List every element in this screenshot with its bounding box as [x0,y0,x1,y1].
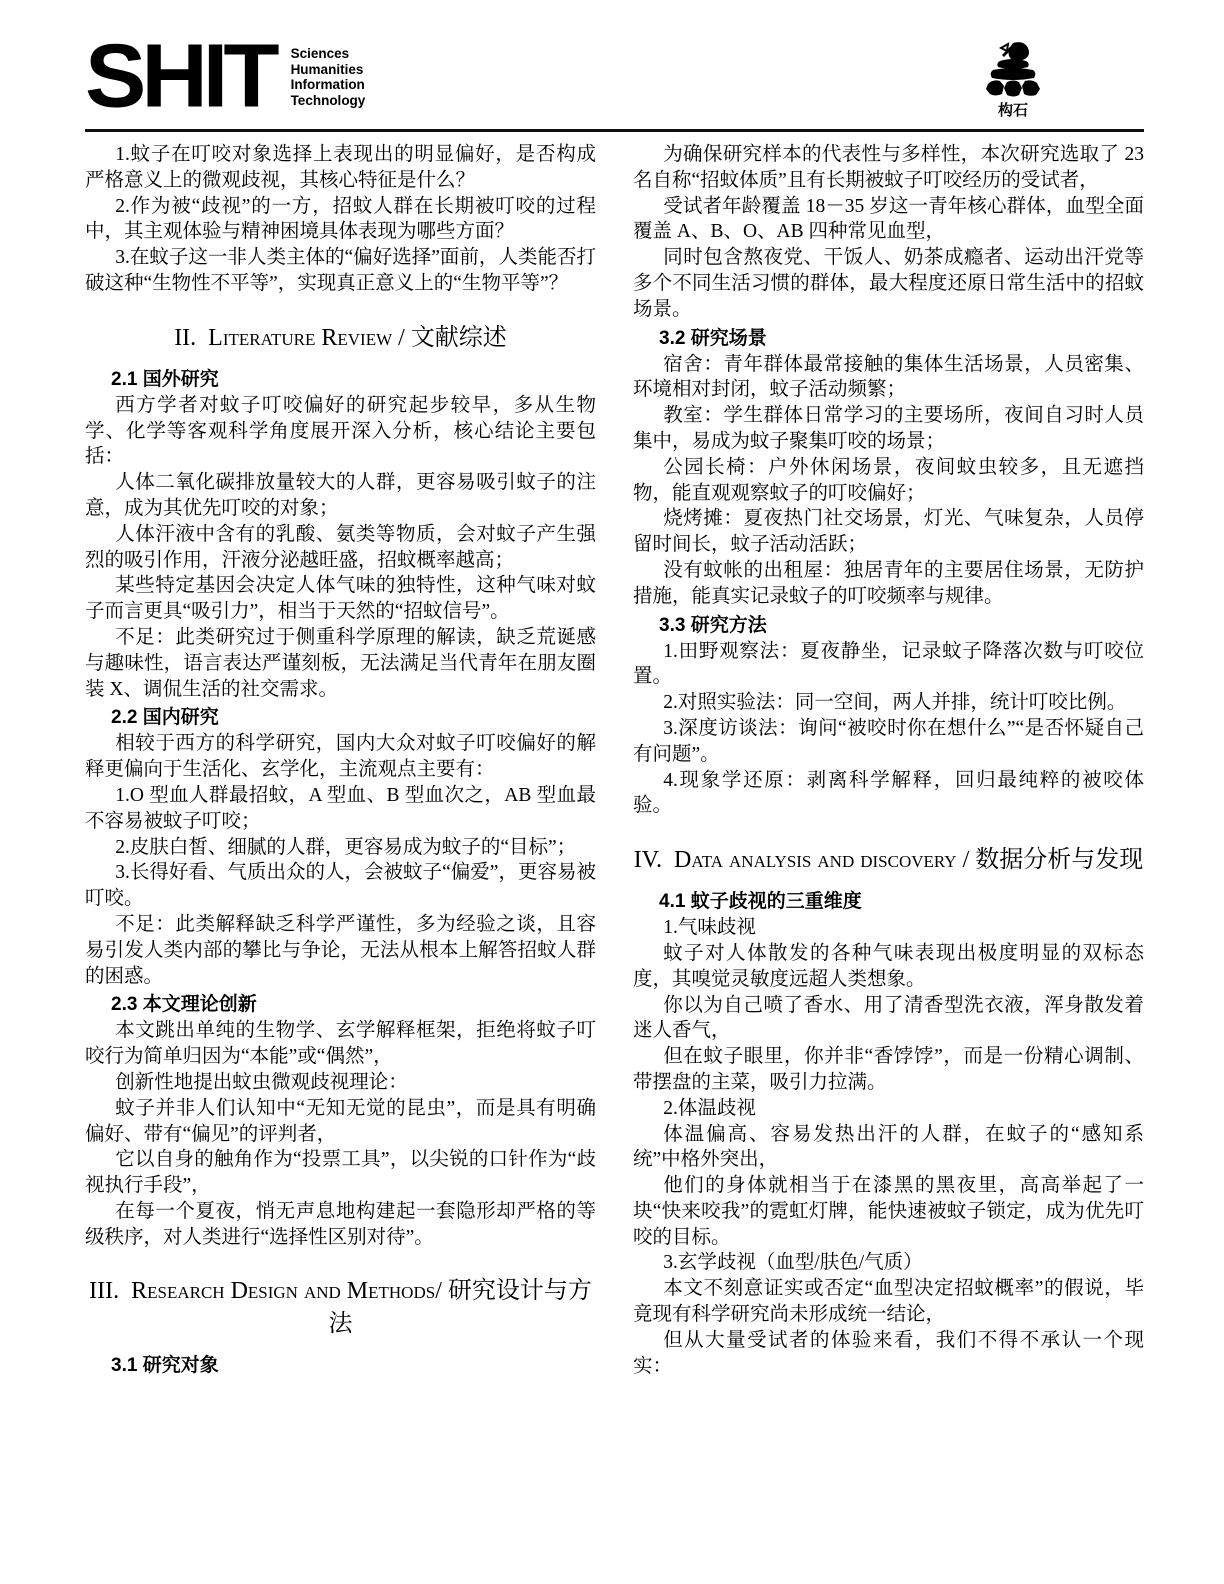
paragraph: 你以为自己喷了香水、用了清香型洗衣液，浑身散发着迷人香气， [633,993,1144,1045]
right-column: 为确保研究样本的代表性与多样性，本次研究选取了 23 名自称“招蚊体质”且有长期… [633,142,1144,1379]
subsection-heading: 4.1 蚊子歧视的三重维度 [633,889,1144,915]
paragraph: 它以自身的触角作为“投票工具”，以尖锐的口针作为“歧视执行手段”， [85,1147,596,1199]
paragraph: 受试者年龄覆盖 18－35 岁这一青年核心群体，血型全面覆盖 A、B、O、AB … [633,194,1144,246]
subsection-heading: 2.2 国内研究 [85,705,596,731]
section-number: III. [89,1278,131,1304]
subsection-heading: 2.3 本文理论创新 [85,992,596,1018]
section-heading: II. Literature Review / 文献综述 [85,322,596,355]
paragraph: 2.皮肤白皙、细腻的人群，更容易成为蚊子的“目标”； [85,835,596,861]
paragraph: 蚊子对人体散发的各种气味表现出极度明显的双标态度，其嗅觉灵敏度远超人类想象。 [633,941,1144,993]
subsection-heading: 3.1 研究对象 [85,1353,596,1379]
paragraph: 但从大量受试者的体验来看，我们不得不承认一个现实： [633,1328,1144,1380]
subsection-heading: 2.1 国外研究 [85,367,596,393]
subsection-heading: 3.3 研究方法 [633,613,1144,639]
paragraph: 教室：学生群体日常学习的主要场所，夜间自习时人员集中，易成为蚊子聚集叮咬的场景； [633,403,1144,455]
section-heading: IV. Data analysis and discovery / 数据分析与发… [633,844,1144,877]
header-rule [85,129,1144,132]
paragraph: 在每一个夏夜，悄无声息地构建起一套隐形却严格的等级秩序，对人类进行“选择性区别对… [85,1199,596,1251]
journal-logo-text: SHIT [85,38,275,114]
logo-subtitle-line: Sciences [291,46,366,62]
logo-subtitle-line: Humanities [291,62,366,78]
paragraph: 2.作为被“歧视”的一方，招蚊人群在长期被叮咬的过程中，其主观体验与精神困境具体… [85,194,596,246]
paragraph: 本文跳出单纯的生物学、玄学解释框架，拒绝将蚊子叮咬行为简单归因为“本能”或“偶然… [85,1018,596,1070]
publisher-logo-label: 构石 [974,103,1052,119]
section-number: IV. [634,847,674,873]
paragraph: 蚊子并非人们认知中“无知无觉的昆虫”，而是具有明确偏好、带有“偏见”的评判者， [85,1096,596,1148]
paragraph: 烧烤摊：夏夜热门社交场景，灯光、气味复杂，人员停留时间长，蚊子活动活跃； [633,506,1144,558]
paragraph: 为确保研究样本的代表性与多样性，本次研究选取了 23 名自称“招蚊体质”且有长期… [633,142,1144,194]
article-body: 1.蚊子在叮咬对象选择上表现出的明显偏好，是否构成严格意义上的微观歧视，其核心特… [85,142,1144,1379]
paragraph: 西方学者对蚊子叮咬偏好的研究起步较早，多从生物学、化学等客观科学角度展开深入分析… [85,393,596,470]
section-number: II. [174,325,208,351]
paragraph: 4.现象学还原：剥离科学解释，回归最纯粹的被咬体验。 [633,768,1144,820]
paragraph: 本文不刻意证实或否定“血型决定招蚊概率”的假说，毕竟现有科学研究尚未形成统一结论… [633,1276,1144,1328]
publisher-logo: 构石 [974,40,1052,119]
paragraph: 不足：此类解释缺乏科学严谨性，多为经验之谈，且容易引发人类内部的攀比与争论，无法… [85,912,596,989]
paragraph: 3.长得好看、气质出众的人，会被蚊子“偏爱”，更容易被叮咬。 [85,860,596,912]
paragraph: 3.深度访谈法：询问“被咬时你在想什么”“是否怀疑自己有问题”。 [633,716,1144,768]
paragraph: 1.蚊子在叮咬对象选择上表现出的明显偏好，是否构成严格意义上的微观歧视，其核心特… [85,142,596,194]
paper-page: SHIT Sciences Humanities Information Tec… [0,0,1224,1584]
paragraph: 1.气味歧视 [633,915,1144,941]
paragraph: 3.玄学歧视（血型/肤色/气质） [633,1250,1144,1276]
paragraph: 某些特定基因会决定人体气味的独特性，这种气味对蚊子而言更具“吸引力”，相当于天然… [85,573,596,625]
section-title-zh: / 数据分析与发现 [957,847,1144,873]
paragraph: 不足：此类研究过于侧重科学原理的解读，缺乏荒诞感与趣味性，语言表达严谨刻板，无法… [85,625,596,702]
paragraph: 创新性地提出蚊虫微观歧视理论： [85,1070,596,1096]
paragraph: 宿舍：青年群体最常接触的集体生活场景，人员密集、环境相对封闭，蚊子活动频繁； [633,352,1144,404]
paragraph: 1.O 型血人群最招蚊，A 型血、B 型血次之，AB 型血最不容易被蚊子叮咬； [85,783,596,835]
journal-logo-subtitle: Sciences Humanities Information Technolo… [291,38,366,108]
paragraph: 人体二氧化碳排放量较大的人群，更容易吸引蚊子的注意，成为其优先叮咬的对象； [85,470,596,522]
paragraph: 但在蚊子眼里，你并非“香饽饽”，而是一份精心调制、带摆盘的主菜，吸引力拉满。 [633,1044,1144,1096]
logo-subtitle-line: Technology [291,93,366,109]
logo-subtitle-line: Information [291,77,366,93]
left-column: 1.蚊子在叮咬对象选择上表现出的明显偏好，是否构成严格意义上的微观歧视，其核心特… [85,142,596,1379]
section-heading: III. Research Design and Methods/ 研究设计与方… [85,1275,596,1341]
section-title-en: Research Design and Methods [131,1278,435,1304]
paragraph: 1.田野观察法：夏夜静坐，记录蚊子降落次数与叮咬位置。 [633,639,1144,691]
stone-pile-icon [974,40,1052,102]
paragraph: 他们的身体就相当于在漆黑的黑夜里，高高举起了一块“快来咬我”的霓虹灯牌，能快速被… [633,1173,1144,1250]
paragraph: 人体汗液中含有的乳酸、氨类等物质，会对蚊子产生强烈的吸引作用，汗液分泌越旺盛，招… [85,522,596,574]
masthead: SHIT Sciences Humanities Information Tec… [85,38,1144,128]
section-title-en: Literature Review [208,325,392,351]
paragraph: 2.体温歧视 [633,1096,1144,1122]
paragraph: 2.对照实验法：同一空间，两人并排，统计叮咬比例。 [633,690,1144,716]
paragraph: 没有蚊帐的出租屋：独居青年的主要居住场景，无防护措施，能真实记录蚊子的叮咬频率与… [633,558,1144,610]
paragraph: 3.在蚊子这一非人类主体的“偏好选择”面前，人类能否打破这种“生物性不平等”，实… [85,245,596,297]
section-title-en: Data analysis and discovery [674,847,957,873]
paragraph: 公园长椅：户外休闲场景，夜间蚊虫较多，且无遮挡物，能直观观察蚊子的叮咬偏好； [633,455,1144,507]
section-title-zh: / 文献综述 [392,325,507,351]
subsection-heading: 3.2 研究场景 [633,326,1144,352]
paragraph: 同时包含熬夜党、干饭人、奶茶成瘾者、运动出汗党等多个不同生活习惯的群体，最大程度… [633,245,1144,322]
paragraph: 体温偏高、容易发热出汗的人群，在蚊子的“感知系统”中格外突出， [633,1122,1144,1174]
paragraph: 相较于西方的科学研究，国内大众对蚊子叮咬偏好的解释更偏向于生活化、玄学化，主流观… [85,731,596,783]
